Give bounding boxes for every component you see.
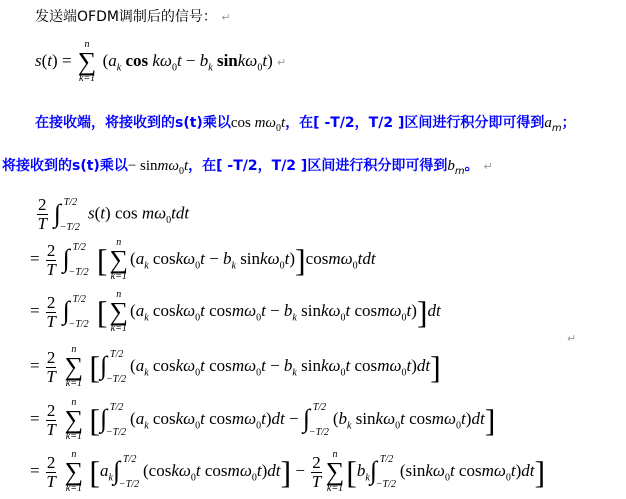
paragraph-mark-icon: ↵ (221, 11, 230, 24)
explanation-line-2: 将接收到的s(t)乘以− sinmω0t，在[ -T/2，T/2 ]区间进行积分… (2, 155, 493, 177)
paragraph-mark-icon: ↵ (567, 332, 576, 345)
intro-text: 发送端OFDM调制后的信号： ↵ (35, 6, 231, 26)
derivation-line-5: = 2T n∑k=1 [∫T/2−T/2(ak coskω0t cosmω0t)… (30, 398, 495, 442)
explanation-line-1: 在接收端，将接收到的s(t)乘以cos mω0t，在[ -T/2，T/2 ]区间… (35, 112, 576, 134)
derivation-line-3: = 2T ∫T/2−T/2 [n∑k=1(ak coskω0t cosmω0t … (30, 290, 441, 334)
signal-equation: s(t) = n ∑ k=1 (ak cos kω0t − bk sinkω0t… (35, 40, 286, 84)
derivation-line-4: = 2T n∑k=1 [∫T/2−T/2(ak coskω0t cosmω0t … (30, 345, 441, 389)
paragraph-mark-icon: ↵ (277, 56, 286, 69)
derivation-line-1: 2T ∫T/2−T/2 s(t) cos mω0tdt (35, 196, 189, 233)
intro-label: 发送端OFDM调制后的信号： (35, 9, 217, 25)
derivation-line-6: = 2T n∑k=1 [ak∫T/2−T/2(coskω0t cosmω0t)d… (30, 450, 545, 494)
summation-symbol: n ∑ k=1 (78, 40, 97, 84)
derivation-line-2: = 2T ∫T/2−T/2 [n∑k=1(ak coskω0t − bk sin… (30, 238, 376, 282)
paragraph-mark-icon: ↵ (483, 160, 492, 173)
